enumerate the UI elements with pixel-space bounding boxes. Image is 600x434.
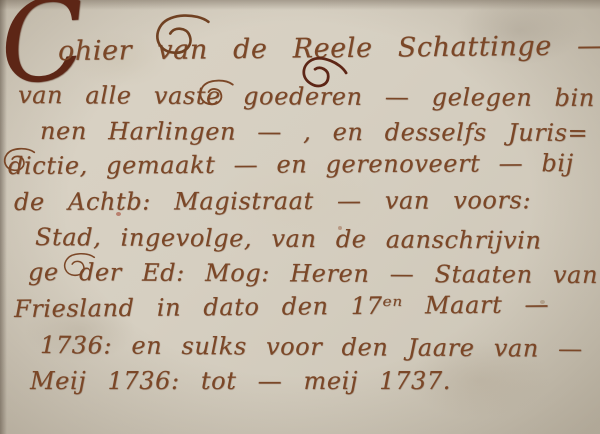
flourish-spiral-icon [196,79,236,107]
ink-speck [338,226,342,230]
flourish-spiral-icon [2,147,36,173]
manuscript-line-9: 1736: en sulks voor den Jaare van — [40,331,583,363]
flourish-spiral-icon [228,291,264,317]
manuscript-line-6: Stad, ingevolge, van de aanschrijvin [35,223,542,255]
flourish-spiral-icon [300,112,342,142]
manuscript-line-5: de Achtb: Magistraat — van voors: [14,186,531,216]
manuscript-line-4: dictie, gemaakt — en gerenoveert — bij [8,149,574,180]
manuscript-line-8: Friesland in dato den 17ᵉⁿ Maart — [14,290,549,323]
manuscript-page: C ohier van de Reele Schattinge — van al… [0,0,600,434]
manuscript-line-10: Meij 1736: tot — meij 1737. [30,367,451,395]
manuscript-line-7: ge der Ed: Mog: Heren — Staaten van [28,258,598,289]
flourish-spiral-icon [152,13,212,57]
flourish-spiral-icon [8,183,44,211]
ink-speck [116,212,121,216]
ink-speck [540,300,545,304]
flourish-spiral-icon [62,252,96,278]
